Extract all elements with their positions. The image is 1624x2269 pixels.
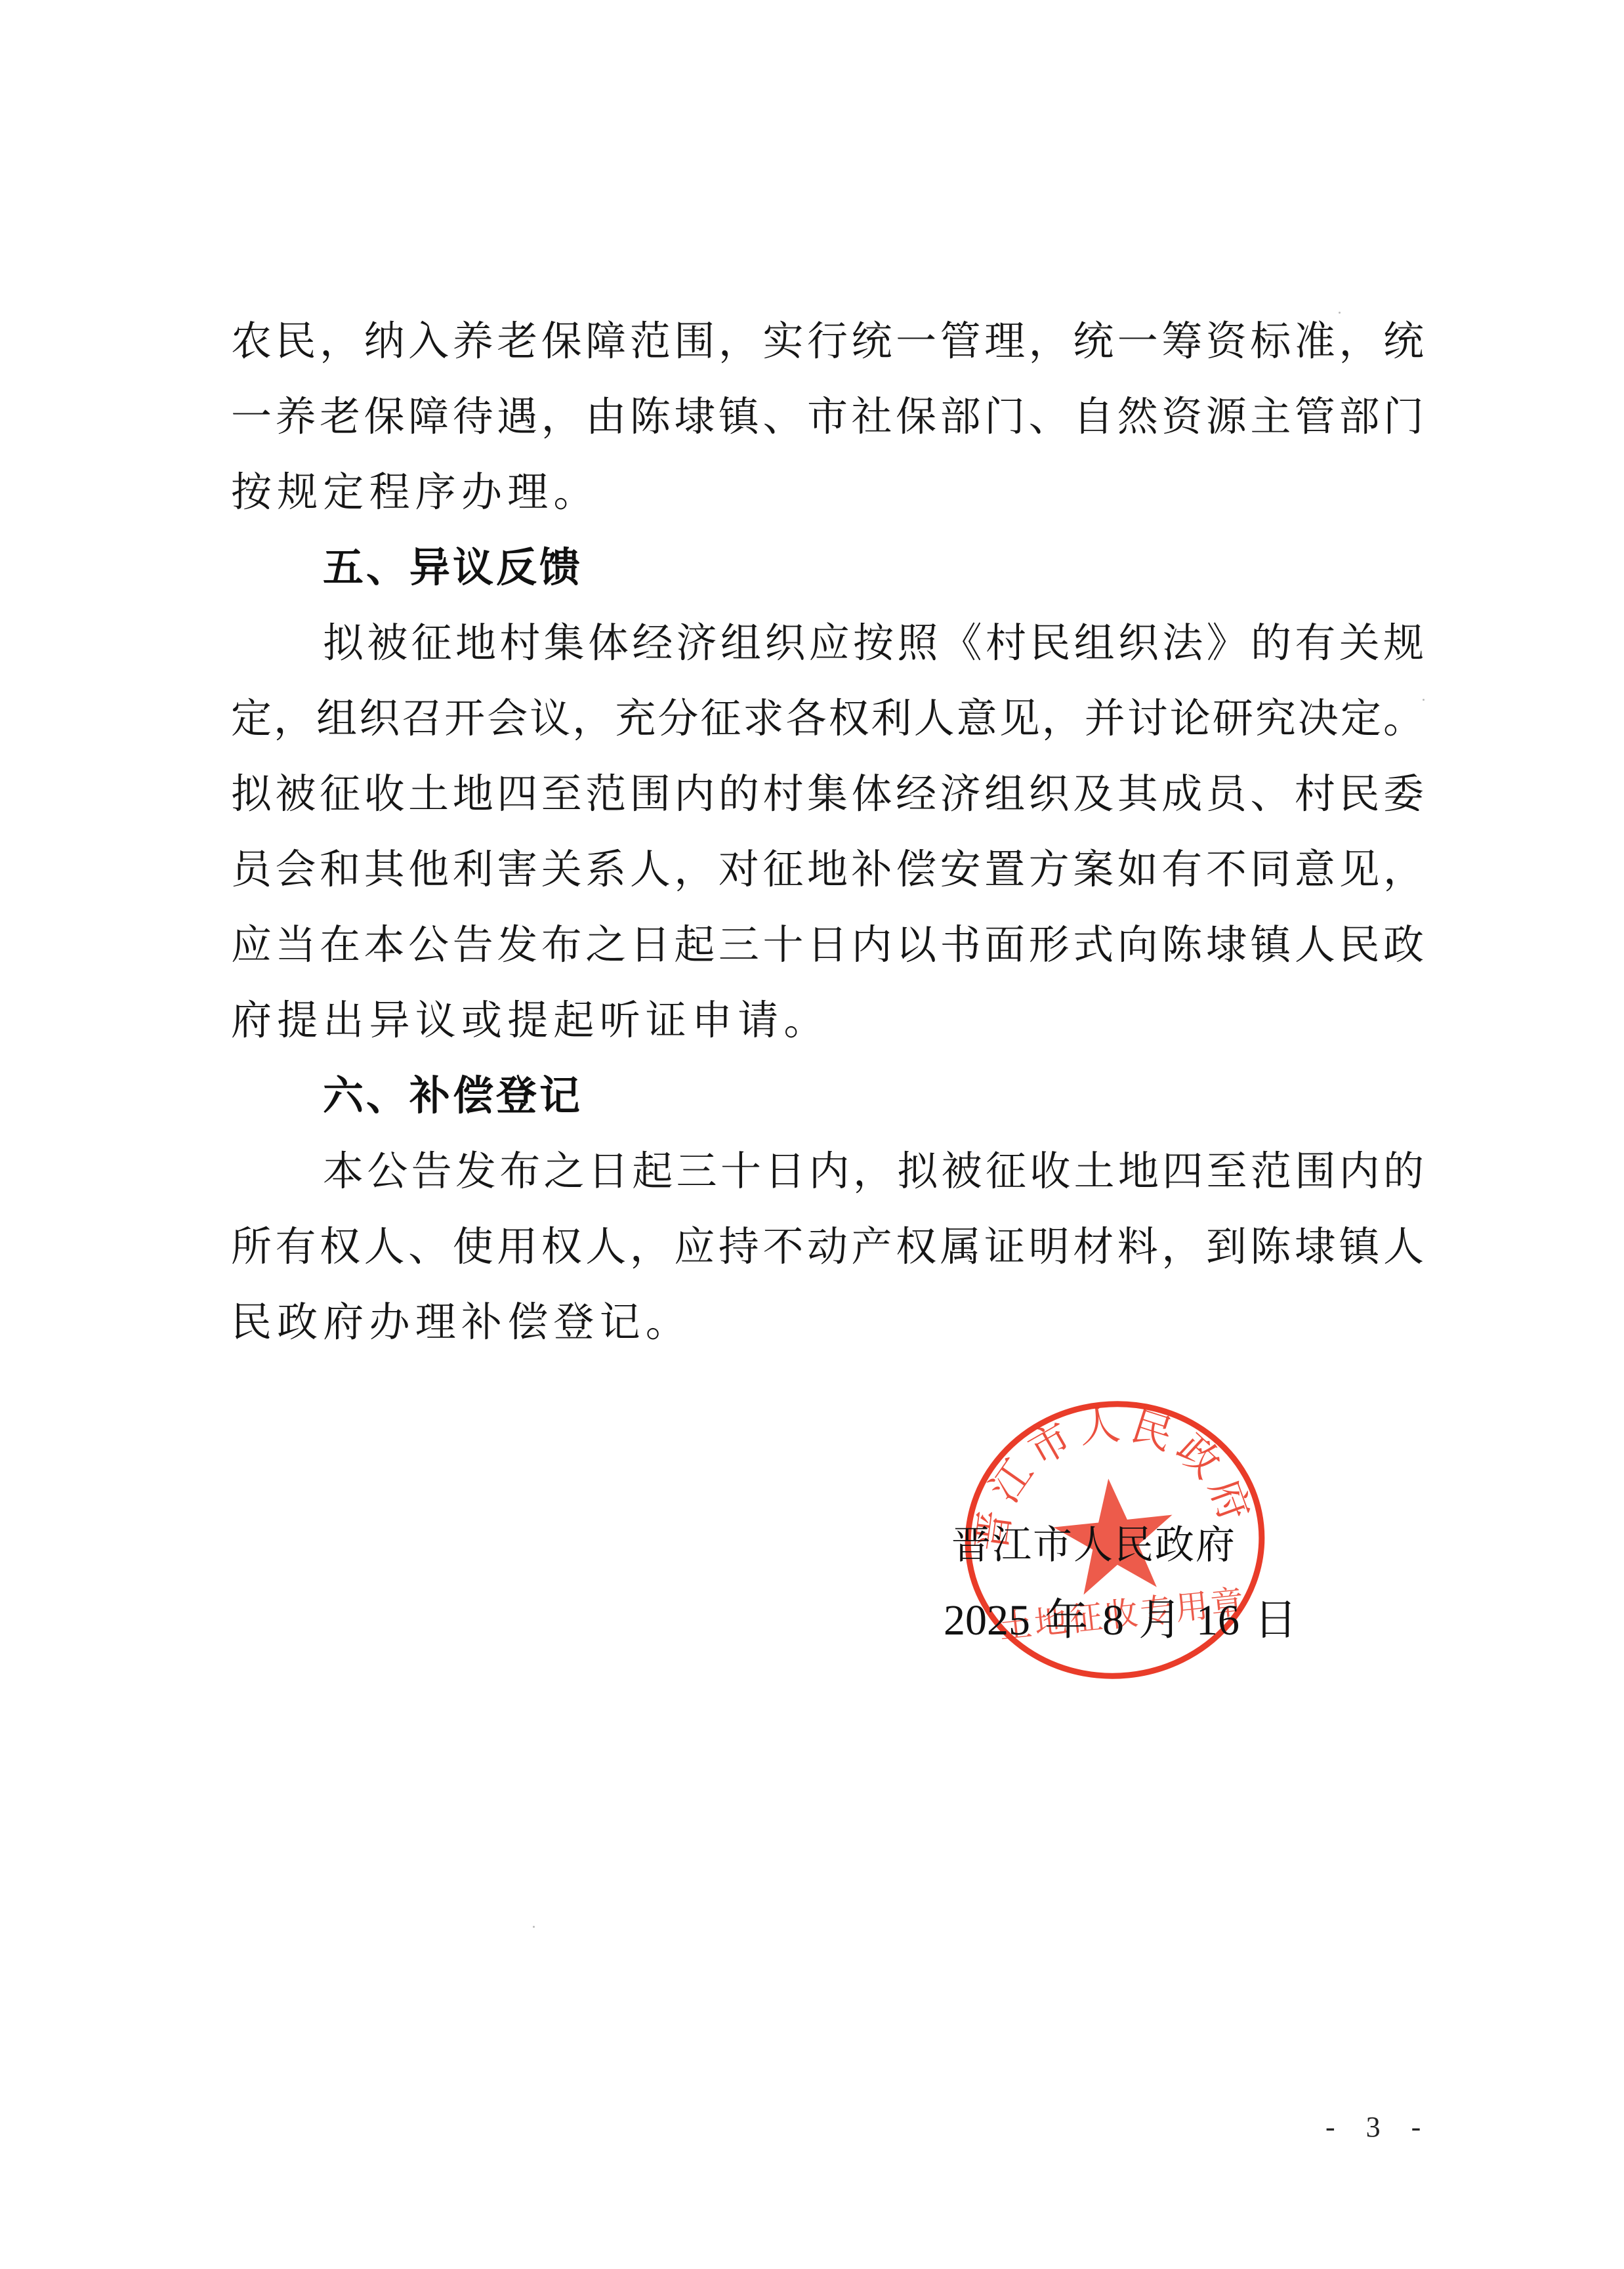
body-line-10: 府提出异议或提起听证申请。 (231, 988, 830, 1063)
scan-speck (533, 1926, 535, 1928)
body-line-6: 定，组织召开会议，充分征求各权利人意见，并讨论研究决定。 (231, 686, 1424, 761)
scan-speck (1339, 312, 1341, 314)
body-line-7: 拟被征收土地四至范围内的村集体经济组织及其成员、村民委 (231, 761, 1424, 837)
body-line-9: 应当在本公告发布之日起三十日内以书面形式向陈埭镇人民政 (231, 912, 1424, 988)
date-year: 2025 (944, 1591, 1030, 1650)
date-day: 16 (1196, 1591, 1239, 1650)
issuer-signature: 晋江市人民政府 (951, 1519, 1236, 1572)
body-line-5: 拟被征地村集体经济组织应按照《村民组织法》的有关规 (323, 610, 1424, 686)
document-page: 农民，纳入养老保障范围，实行统一管理，统一筹资标准，统 一养老保障待遇，由陈埭镇… (0, 0, 1624, 2269)
date-year-unit: 年 (1045, 1591, 1088, 1650)
body-line-12: 本公告发布之日起三十日内，拟被征收土地四至范围内的 (323, 1138, 1424, 1214)
section-heading-compensation-registration: 六、补偿登记 (323, 1063, 583, 1138)
date-day-unit: 日 (1254, 1591, 1297, 1650)
date-month: 8 (1102, 1591, 1124, 1650)
date-month-unit: 月 (1138, 1591, 1182, 1650)
issue-date: 2025年8月16日 (944, 1591, 1297, 1650)
body-line-13: 所有权人、使用权人，应持不动产权属证明材料，到陈埭镇人 (231, 1214, 1424, 1289)
body-line-1: 农民，纳入养老保障范围，实行统一管理，统一筹资标准，统 (231, 308, 1424, 384)
body-line-3: 按规定程序办理。 (231, 459, 600, 535)
page-number: - 3 - (1325, 2108, 1432, 2147)
section-heading-objection-feedback: 五、异议反馈 (323, 535, 583, 610)
scan-speck (1423, 699, 1425, 701)
body-line-2: 一养老保障待遇，由陈埭镇、市社保部门、自然资源主管部门 (231, 384, 1424, 459)
body-line-14: 民政府办理补偿登记。 (231, 1289, 692, 1365)
body-line-8: 员会和其他利害关系人，对征地补偿安置方案如有不同意见， (231, 837, 1424, 912)
